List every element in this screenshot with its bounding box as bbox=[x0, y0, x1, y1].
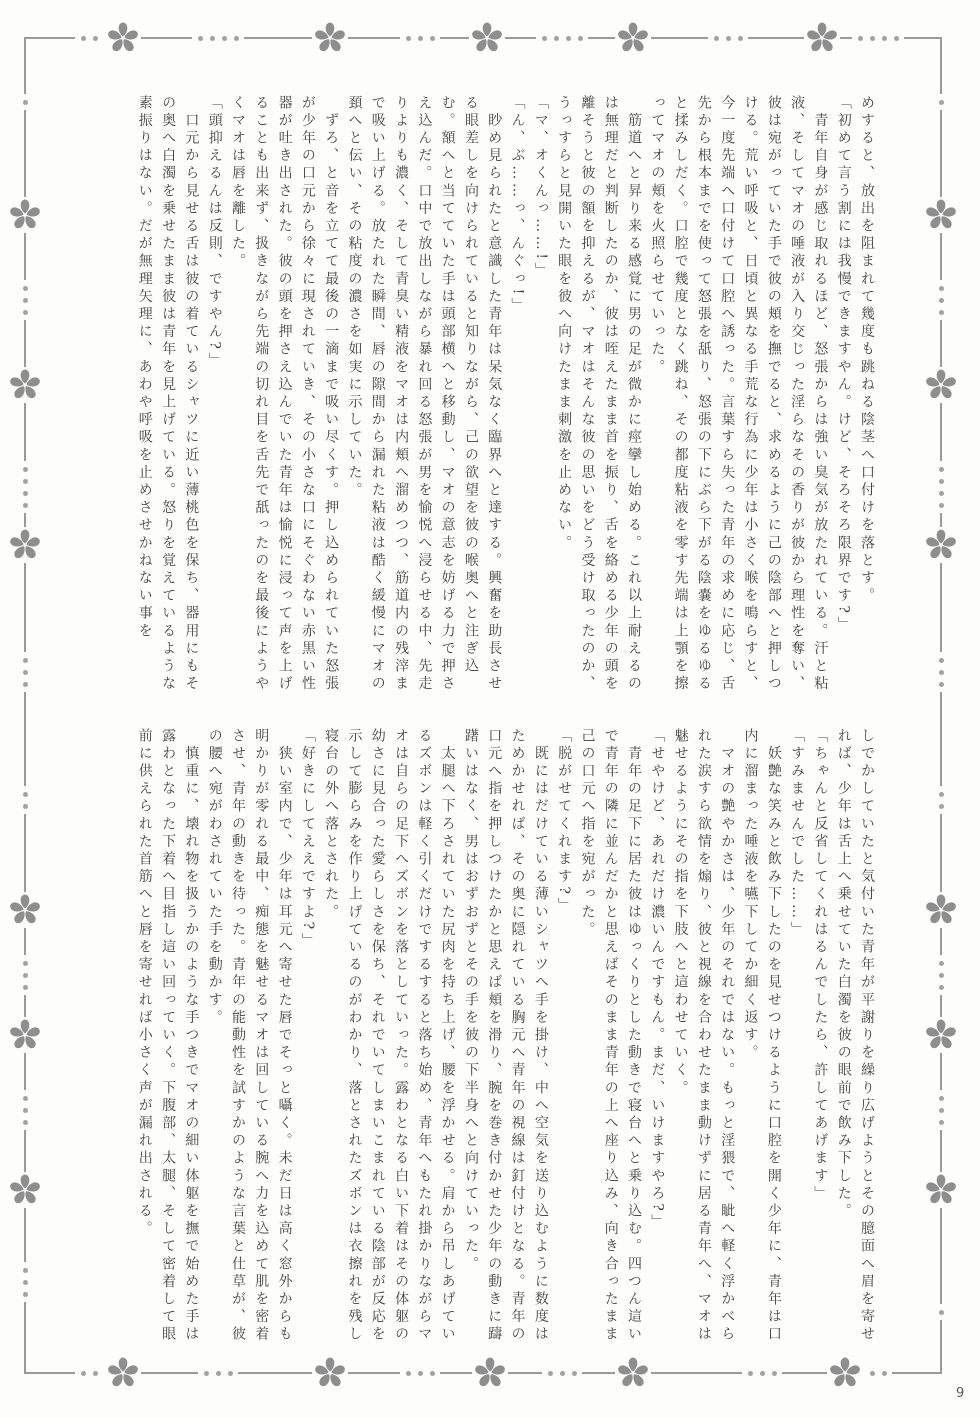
paragraph: 筋道へと昇り来る感覚に男の足が微かに痙攣し始める。これ以上耐えるのは無理だと判断… bbox=[552, 95, 645, 708]
border-dot bbox=[23, 1292, 28, 1297]
paragraph: 狭い室内で、少年は耳元へ寄せた唇でそっと囁く。未だ日は高く窓外からも明かりが零れ… bbox=[202, 728, 295, 1346]
border-dot-group bbox=[20, 786, 30, 814]
border-dot bbox=[23, 503, 28, 508]
paragraph: 太腿へ下ろされていた尻肉を持ち上げ、腰を浮かせる。肩から吊しあげているズボンは軽… bbox=[319, 728, 459, 1346]
paragraph: ずろ、と音を立てて最後の一滴まで吸い尽くす。押し込められていた怒張が少年の口元か… bbox=[226, 95, 342, 708]
border-dot bbox=[939, 804, 944, 809]
border-dot bbox=[228, 1371, 233, 1376]
border-dot bbox=[939, 479, 944, 484]
paragraph: しでかしていたと気付いた青年が平謝りを繰り広げようとその臆面へ眉を寄せれば、少年… bbox=[831, 728, 878, 1346]
flower-icon bbox=[312, 1355, 348, 1391]
border-dot bbox=[939, 682, 944, 687]
flower-icon bbox=[827, 1355, 863, 1391]
border-dot bbox=[23, 467, 28, 472]
paragraph: 「せやけど、あれだけ濃いんですもん。まだ、いけますやろ?」 bbox=[645, 728, 668, 1346]
border-dot bbox=[23, 682, 28, 687]
border-dot bbox=[23, 100, 28, 105]
border-dot bbox=[939, 310, 944, 315]
border-dot bbox=[554, 36, 559, 41]
border-dot bbox=[939, 792, 944, 797]
flower-icon bbox=[469, 20, 505, 56]
paragraph: 青年の足下に居た彼はゆっくりとした動きで寝台へと乗り込む。四つん這いで青年の隣に… bbox=[575, 728, 645, 1346]
flower-icon bbox=[312, 20, 348, 56]
border-dot bbox=[23, 1268, 28, 1273]
border-dot bbox=[858, 36, 863, 41]
border-dot bbox=[430, 1371, 435, 1376]
border-dot bbox=[23, 985, 28, 990]
paragraph: 慎重に、壊れ物を扱うかのような手つきでマオの細い体躯を撫で始めた手は露わとなった… bbox=[133, 728, 203, 1346]
flower-ornament bbox=[7, 892, 43, 932]
flower-icon bbox=[615, 1355, 651, 1391]
border-dot-group bbox=[936, 786, 946, 814]
border-dot bbox=[939, 1120, 944, 1125]
flower-icon bbox=[7, 1172, 43, 1208]
book-page: { "page": { "number": "9" }, "colors": {… bbox=[0, 0, 980, 1418]
border-dot bbox=[760, 1371, 765, 1376]
border-dot bbox=[23, 1108, 28, 1113]
border-dot bbox=[548, 1371, 553, 1376]
paragraph: 眇め見られたと意識した青年は呆気なく臨界へと達する。興奮を助長させる眼差しを向け… bbox=[342, 95, 505, 708]
border-dot bbox=[430, 36, 435, 41]
border-dot bbox=[939, 670, 944, 675]
border-dot bbox=[870, 1371, 875, 1376]
flower-ornament bbox=[615, 1355, 651, 1395]
page-number: 9 bbox=[956, 1386, 964, 1401]
border-dot bbox=[23, 310, 28, 315]
border-dot bbox=[418, 1371, 423, 1376]
border-dot bbox=[210, 36, 215, 41]
flower-ornament bbox=[923, 197, 959, 237]
border-dot bbox=[939, 1310, 944, 1315]
border-dot bbox=[93, 36, 98, 41]
border-dot bbox=[939, 1108, 944, 1113]
flower-ornament bbox=[7, 367, 43, 407]
flower-ornament bbox=[7, 527, 43, 567]
border-dot bbox=[748, 1371, 753, 1376]
paragraph: 口元から見せる舌は彼の着ているシャツに近い薄桃色を保ち、器用にもその奥へ白濁を乗… bbox=[133, 95, 203, 708]
flower-icon bbox=[923, 367, 959, 403]
border-dot bbox=[81, 36, 86, 41]
paragraph: めすると、放出を阻まれて幾度も跳ねる陰茎へ口付けを落とす。 bbox=[855, 95, 878, 708]
flower-ornament bbox=[469, 20, 505, 60]
paragraph: 「ちゃんと反省してくれはるんでしたら、許してあげます」 bbox=[808, 728, 831, 1346]
flower-icon bbox=[923, 197, 959, 233]
flower-icon bbox=[923, 1017, 959, 1053]
flower-ornament bbox=[827, 1355, 863, 1395]
border-dot bbox=[23, 792, 28, 797]
border-dot bbox=[894, 36, 899, 41]
flower-icon bbox=[105, 20, 141, 56]
flower-icon bbox=[615, 20, 651, 56]
border-dot bbox=[726, 36, 731, 41]
paragraph: 「ん、ぶ……っ、んぐっ!」 bbox=[505, 95, 528, 708]
flower-icon bbox=[923, 1172, 959, 1208]
border-dot bbox=[23, 1096, 28, 1101]
border-dot bbox=[882, 36, 887, 41]
border-dot bbox=[939, 298, 944, 303]
border-dot bbox=[939, 467, 944, 472]
flower-icon bbox=[923, 892, 959, 928]
border-dot bbox=[939, 985, 944, 990]
border-dot bbox=[939, 658, 944, 663]
flower-ornament bbox=[923, 527, 959, 567]
flower-icon bbox=[7, 197, 43, 233]
border-dot bbox=[714, 36, 719, 41]
border-dot bbox=[23, 491, 28, 496]
border-dot bbox=[23, 1120, 28, 1125]
border-dot bbox=[23, 1280, 28, 1285]
border-dot bbox=[23, 961, 28, 966]
text-block-top: めすると、放出を阻まれて幾度も跳ねる陰茎へ口付けを落とす。「初めて言う割には我慢… bbox=[108, 95, 878, 708]
border-dot bbox=[216, 1371, 221, 1376]
border-dot bbox=[23, 658, 28, 663]
border-dot bbox=[406, 36, 411, 41]
border-dot bbox=[23, 973, 28, 978]
border-dot bbox=[406, 1371, 411, 1376]
flower-ornament bbox=[7, 1017, 43, 1057]
border-dot bbox=[738, 36, 743, 41]
text-block-bottom: しでかしていたと気付いた青年が平謝りを繰り広げようとその臆面へ眉を寄せれば、少年… bbox=[108, 728, 878, 1346]
border-dot bbox=[204, 1371, 209, 1376]
flower-ornament bbox=[804, 20, 840, 60]
border-dot bbox=[578, 36, 583, 41]
border-dot bbox=[870, 36, 875, 41]
border-dot bbox=[81, 1371, 86, 1376]
border-dot bbox=[23, 298, 28, 303]
border-dot bbox=[542, 36, 547, 41]
paragraph: マオの艶やかさは、少年のそれではない。もっと淫猥で、眦へ軽く浮かべられた涙すら欲… bbox=[668, 728, 738, 1346]
paragraph: 「マ、オくんっ……!」 bbox=[529, 95, 552, 708]
flower-icon bbox=[7, 892, 43, 928]
paragraph: 「頭抑えるんは反則、ですやん?」 bbox=[202, 95, 225, 708]
flower-ornament bbox=[923, 1172, 959, 1212]
flower-ornament bbox=[923, 367, 959, 407]
border-dot bbox=[939, 961, 944, 966]
border-dot bbox=[939, 491, 944, 496]
border-dot bbox=[939, 973, 944, 978]
border-dot bbox=[222, 36, 227, 41]
border-dot bbox=[882, 1371, 887, 1376]
border-dot bbox=[23, 479, 28, 484]
border-dot bbox=[572, 1371, 577, 1376]
border-dot bbox=[939, 286, 944, 291]
border-dot bbox=[93, 1371, 98, 1376]
border-dot bbox=[772, 1371, 777, 1376]
paragraph: 青年自身が感じ取れるほど、怒張からは強い臭気が放たれている。汗と粘液、そしてマオ… bbox=[645, 95, 831, 708]
flower-icon bbox=[105, 1355, 141, 1391]
border-dot bbox=[198, 36, 203, 41]
border-dot bbox=[23, 670, 28, 675]
paragraph: 「脱がせてくれます?」 bbox=[552, 728, 575, 1346]
flower-icon bbox=[472, 1355, 508, 1391]
flower-ornament bbox=[312, 20, 348, 60]
flower-ornament bbox=[312, 1355, 348, 1395]
border-dot bbox=[234, 36, 239, 41]
flower-icon bbox=[7, 527, 43, 563]
flower-ornament bbox=[472, 1355, 508, 1395]
flower-ornament bbox=[615, 20, 651, 60]
paragraph: 妖艶な笑みと飲み下したのを見せつけるように口腔を開く少年に、青年は口内に溜まった… bbox=[738, 728, 785, 1346]
flower-icon bbox=[923, 527, 959, 563]
border-dot bbox=[23, 286, 28, 291]
paragraph: 「初めて言う割には我慢できますやん。けど、そろそろ限界です?」 bbox=[831, 95, 854, 708]
border-dot bbox=[566, 36, 571, 41]
flower-ornament bbox=[105, 20, 141, 60]
flower-ornament bbox=[7, 197, 43, 237]
border-dot bbox=[418, 36, 423, 41]
flower-ornament bbox=[7, 1172, 43, 1212]
border-dot bbox=[939, 100, 944, 105]
flower-icon bbox=[7, 1017, 43, 1053]
flower-ornament bbox=[923, 1017, 959, 1057]
flower-ornament bbox=[923, 892, 959, 932]
border-dot bbox=[23, 804, 28, 809]
flower-icon bbox=[7, 367, 43, 403]
border-dot bbox=[939, 503, 944, 508]
paragraph: 「すみませんでした……」 bbox=[785, 728, 808, 1346]
border-dot bbox=[939, 1096, 944, 1101]
border-dot bbox=[560, 1371, 565, 1376]
paragraph: 「好きにしてええですよ?」 bbox=[296, 728, 319, 1346]
flower-ornament bbox=[105, 1355, 141, 1395]
flower-icon bbox=[804, 20, 840, 56]
paragraph: 既にはだけている薄いシャツへ手を掛け、中へ空気を送り込むように数度はためかせれば… bbox=[459, 728, 552, 1346]
